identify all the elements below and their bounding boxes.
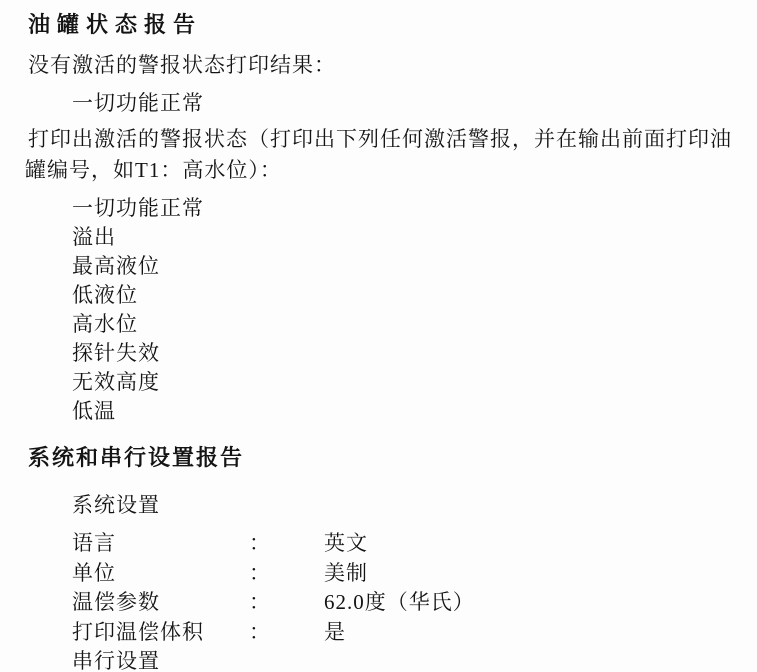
serial-settings-subtitle-row: 串行设置: [72, 647, 737, 672]
setting-separator: ：: [249, 529, 324, 559]
system-settings-table: 语言 ： 英文 单位 ： 美制 温偿参数 ： 62.0度（华氏） 打印温偿体积 …: [72, 529, 737, 672]
serial-settings-subtitle: 串行设置: [72, 647, 249, 672]
settings-row-print-tc-volume: 打印温偿体积 ： 是: [72, 618, 737, 648]
tank-status-report-title: 油罐状态报告: [28, 13, 737, 37]
active-alarm-paragraph-line1: 打印出激活的警报状态（打印出下列任何激活警报，并在输出前面打印油: [28, 127, 737, 151]
alarm-list-item: 无效高度: [72, 368, 737, 397]
setting-value: 是: [324, 618, 737, 648]
active-alarm-paragraph-line2: 罐编号，如T1：高水位）：: [25, 158, 737, 182]
alarm-list-item: 低温: [72, 397, 737, 426]
system-settings-subtitle: 系统设置: [72, 493, 737, 517]
setting-label: 打印温偿体积: [72, 618, 249, 648]
alarm-list-item: 一切功能正常: [72, 194, 737, 223]
no-alarm-result-text: 一切功能正常: [72, 91, 737, 115]
system-serial-report-title: 系统和串行设置报告: [28, 446, 737, 470]
setting-value: 62.0度（华氏）: [324, 588, 737, 618]
no-alarm-intro-text: 没有激活的警报状态打印结果：: [28, 53, 737, 77]
setting-separator: ：: [249, 588, 324, 618]
setting-separator: ：: [249, 618, 324, 648]
alarm-list-item: 探针失效: [72, 339, 737, 368]
alarm-list-item: 溢出: [72, 223, 737, 252]
alarm-list-item: 最高液位: [72, 252, 737, 281]
alarm-status-list: 一切功能正常 溢出 最高液位 低液位 高水位 探针失效 无效高度 低温: [72, 194, 737, 426]
setting-label: 语言: [72, 529, 249, 559]
setting-label: 温偿参数: [72, 588, 249, 618]
settings-row-units: 单位 ： 美制: [72, 559, 737, 589]
document-page: 油罐状态报告 没有激活的警报状态打印结果： 一切功能正常 打印出激活的警报状态（…: [0, 0, 757, 672]
alarm-list-item: 低液位: [72, 281, 737, 310]
setting-value: 英文: [324, 529, 737, 559]
settings-row-language: 语言 ： 英文: [72, 529, 737, 559]
setting-label: 单位: [72, 559, 249, 589]
setting-value: 美制: [324, 559, 737, 589]
settings-row-temp-compensation: 温偿参数 ： 62.0度（华氏）: [72, 588, 737, 618]
alarm-list-item: 高水位: [72, 310, 737, 339]
setting-separator: ：: [249, 559, 324, 589]
